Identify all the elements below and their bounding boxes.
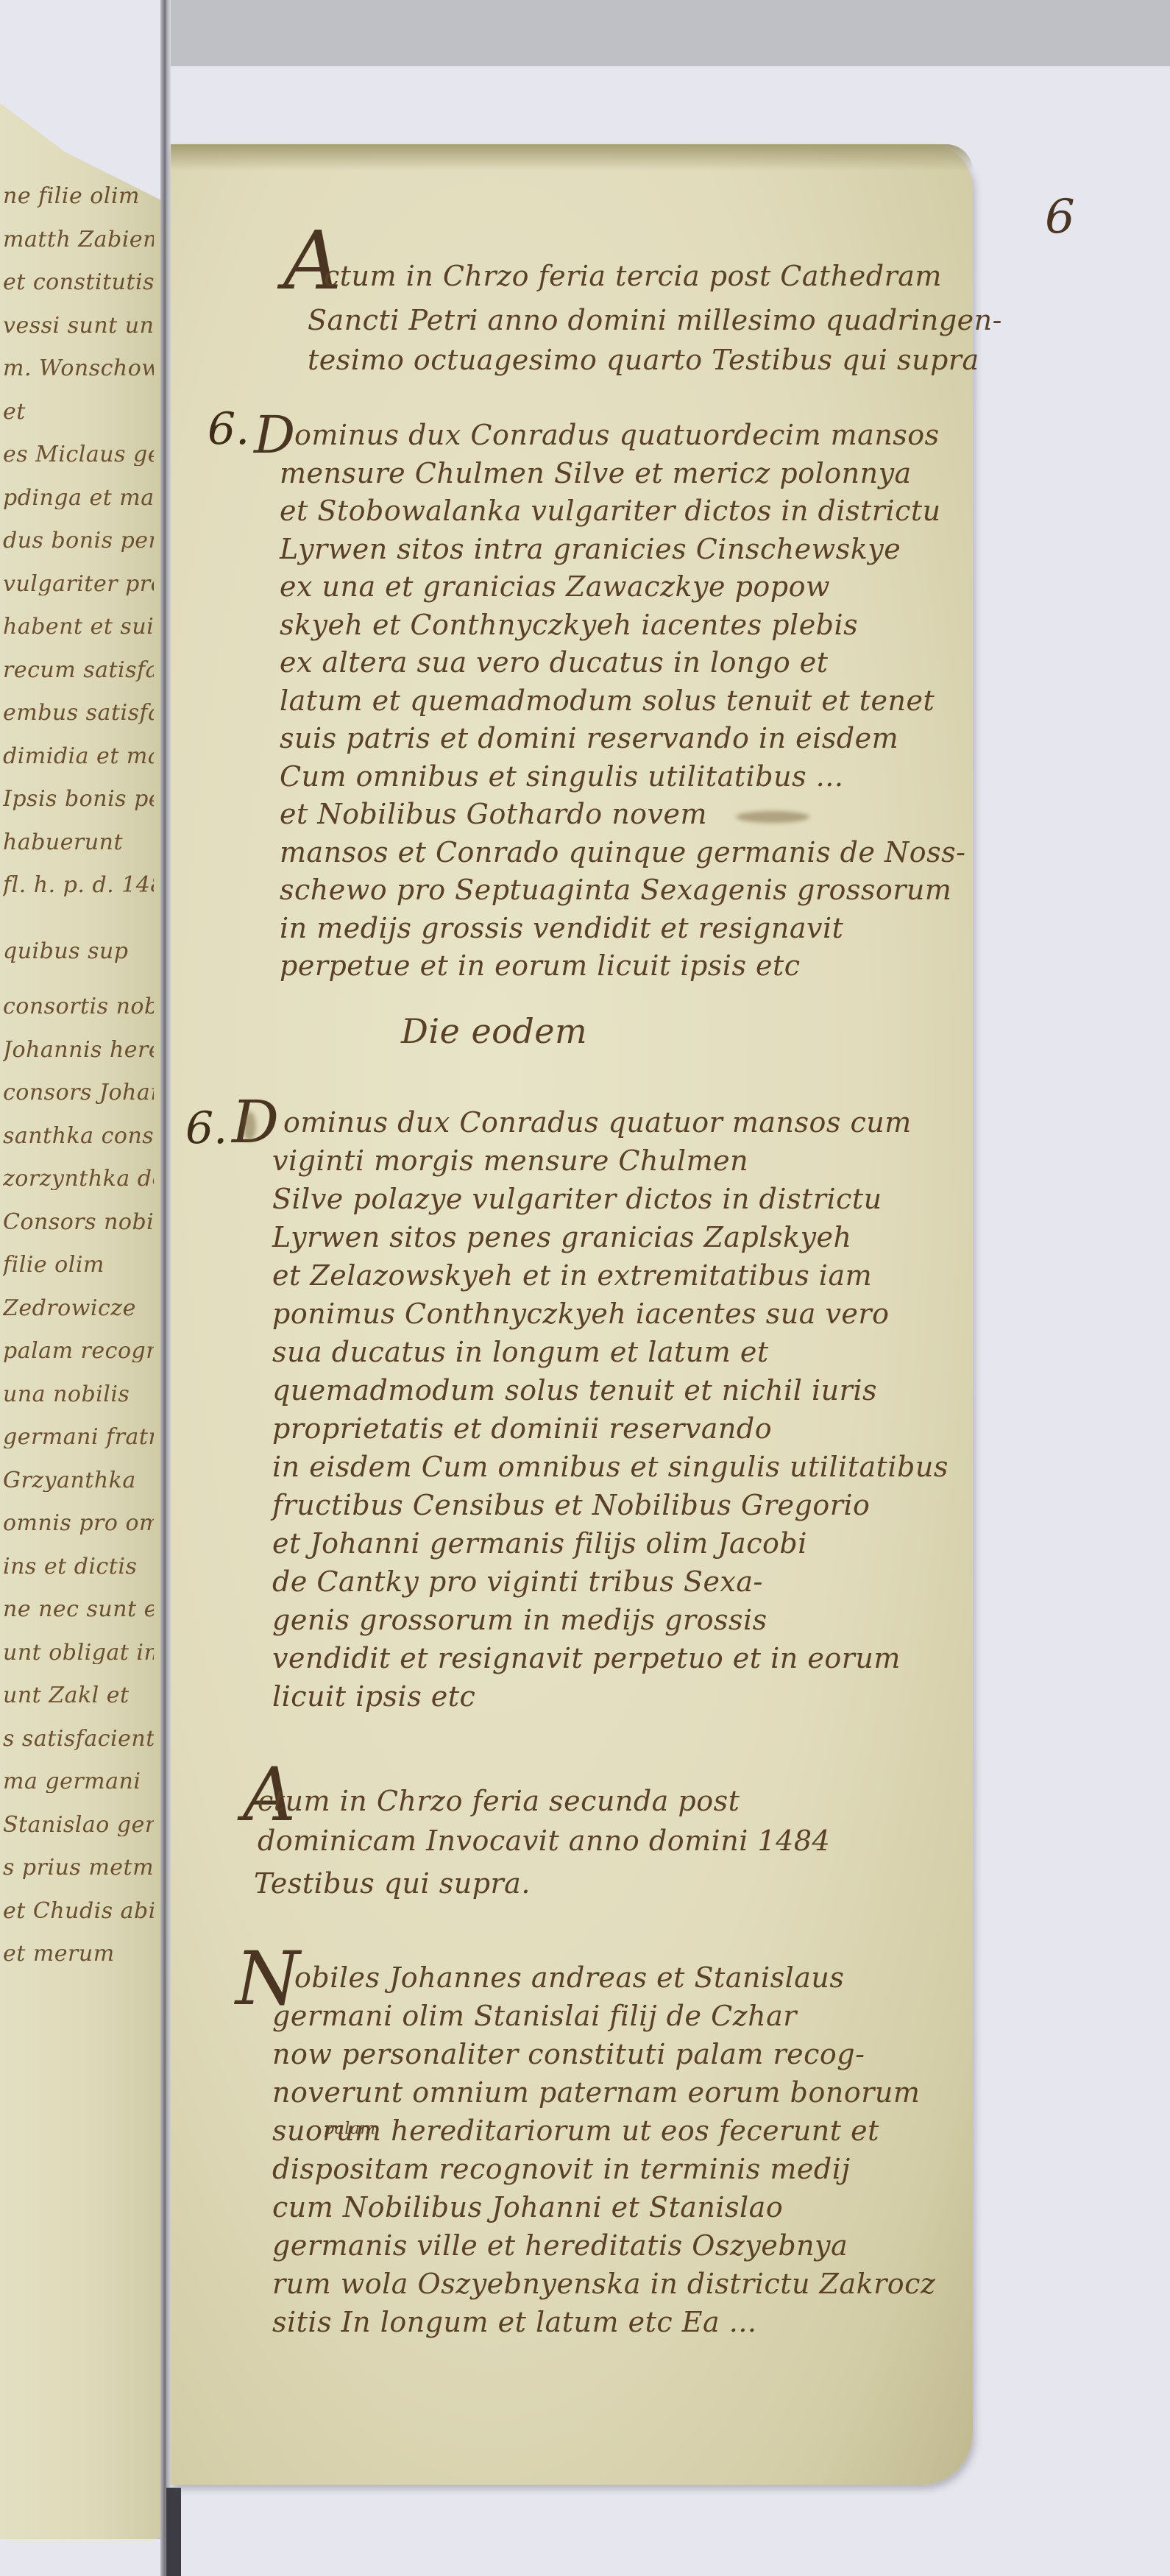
left-page-line: Zedrowicze (3, 1298, 136, 1320)
left-page-line: filie olim (3, 1254, 104, 1276)
left-page-line: dimidia et mar (3, 746, 154, 768)
entry-line: et Johanni germanis filijs olim Jacobi (272, 1529, 807, 1557)
marginal-numeral: 6. (208, 403, 249, 455)
left-page-line: et Chudis abi (3, 1900, 154, 1922)
entry-line: ex una et granicias Zawaczkye popow (280, 573, 830, 601)
left-page-line: recum satisfactum (3, 659, 154, 682)
left-page-line: quibus sup (3, 941, 129, 963)
entry-line: schewo pro Septuaginta Sexagenis grossor… (280, 876, 951, 904)
left-page-line: et constitutis palam (3, 272, 154, 294)
left-page-line: Stanislao germani (3, 1814, 154, 1836)
left-page-line: pdinga et marthe (3, 487, 154, 509)
left-page-line: s satisfacientis (3, 1728, 154, 1750)
left-page-line: s prius metm (3, 1857, 154, 1879)
left-page-line: et (3, 401, 26, 423)
book-gutter (160, 0, 171, 2576)
entry-line: mensure Chulmen Silve et mericz polonnya (280, 459, 912, 487)
entry-line: in medijs grossis vendidit et resignavit (280, 914, 843, 942)
entry-line: Lyrwen sitos intra granicies Cinschewsky… (280, 535, 901, 563)
decorated-initial: D (254, 405, 295, 465)
stain (243, 1111, 256, 1141)
entry-line: now personaliter constituti palam recog- (272, 2040, 865, 2068)
entry-line: rum wola Oszyebnyenska in districtu Zakr… (272, 2270, 935, 2298)
left-page-line: Ipsis bonis perm (3, 788, 154, 810)
entry-line: obiles Johannes andreas et Stanislaus (294, 1964, 844, 1992)
entry-line: ctum in Chrzo feria secunda post (258, 1787, 740, 1815)
left-page-line: Grzyanthka (3, 1470, 136, 1492)
entry-line: germanis ville et hereditatis Oszyebnya (272, 2232, 848, 2260)
entry-line: Silve polazye vulgariter dictos in distr… (272, 1185, 882, 1213)
backdrop-top-shade (171, 0, 1170, 66)
left-page (0, 103, 162, 2539)
left-page-line: habuerunt (3, 832, 123, 854)
entry-line: ominus dux Conradus quatuordecim mansos (294, 421, 940, 449)
left-page-line: ma germani (3, 1771, 141, 1793)
entry-line: ominus dux Conradus quatuor mansos cum (283, 1108, 912, 1136)
left-page-line: habent et suis (3, 616, 154, 638)
entry-line: fructibus Censibus et Nobilibus Gregorio (272, 1491, 870, 1519)
left-page-line: unt Zakl et (3, 1685, 130, 1707)
left-page-line: ne nec sunt et (3, 1599, 154, 1621)
left-page-line: et merum (3, 1943, 115, 1965)
left-page-line: ne filie olim (3, 185, 140, 208)
entry-line: sitis In longum et latum etc Ea ... (272, 2308, 756, 2336)
entry-line: suis patris et domini reservando in eisd… (280, 724, 898, 752)
left-page-line: palam recognov (3, 1340, 154, 1362)
entry-line: et Stobowalanka vulgariter dictos in dis… (280, 497, 941, 525)
interlinear-note: palam (324, 2121, 376, 2137)
gutter-shadow (166, 2488, 181, 2576)
entry-line: noverunt omnium paternam eorum bonorum (272, 2078, 920, 2106)
entry-line: Cum omnibus et singulis utilitatibus ... (280, 762, 843, 790)
left-page-line: unt obligat in (3, 1642, 154, 1664)
entry-line: de Cantky pro viginti tribus Sexa- (272, 1568, 763, 1596)
entry-line: viginti morgis mensure Chulmen (272, 1147, 748, 1175)
entry-line: ctum in Chrzo feria tercia post Cathedra… (324, 262, 942, 290)
entry-line: dispositam recognovit in terminis medij (272, 2155, 851, 2183)
left-page-line: es Miclaus germani (3, 444, 154, 466)
entry-line: ponimus Conthnyczkyeh iacentes sua vero (272, 1300, 889, 1328)
folio-number: 6 (1045, 190, 1075, 244)
entry-line: mansos et Conrado quinque germanis de No… (280, 838, 966, 866)
entry-line: quemadmodum solus tenuit et nichil iuris (272, 1376, 877, 1404)
heading-die-eodem: Die eodem (401, 1014, 587, 1048)
entry-line: dominicam Invocavit anno domini 1484 (258, 1827, 830, 1855)
left-page-line: santhka consors (3, 1125, 154, 1147)
left-page-line: consors Johannis (3, 1082, 154, 1104)
entry-line: in eisdem Cum omnibus et singulis utilit… (272, 1453, 949, 1481)
entry-line: vendidit et resignavit perpetuo et in eo… (272, 1644, 901, 1672)
left-page-line: dus bonis perm (3, 530, 154, 552)
entry-line: et Nobilibus Gothardo novem (280, 800, 707, 828)
entry-line: Testibus qui supra. (254, 1869, 531, 1897)
entry-line: latum et quemadmodum solus tenuit et ten… (280, 687, 935, 715)
left-page-line: vulgariter pressen (3, 573, 154, 595)
entry-line: tesimo octuagesimo quarto Testibus qui s… (308, 346, 979, 374)
entry-line: cum Nobilibus Johanni et Stanislao (272, 2193, 783, 2221)
entry-line: ex altera sua vero ducatus in longo et (280, 648, 829, 676)
left-page-line: zorzynthka de (3, 1168, 154, 1190)
entry-line: germani olim Stanislai filij de Czhar (272, 2002, 797, 2030)
left-page-line: m. Wonschowien (3, 358, 154, 380)
entry-line: skyeh et Conthnyczkyeh iacentes plebis (280, 611, 858, 639)
left-page-line: Consors nobilis (3, 1211, 154, 1234)
left-page-line: vessi sunt una (3, 315, 154, 337)
entry-line: Lyrwen sitos penes granicias Zaplskyeh (272, 1223, 851, 1251)
entry-line: et Zelazowskyeh et in extremitatibus iam (272, 1262, 872, 1289)
left-page-line: matth Zabiem (3, 229, 154, 251)
entry-line: proprietatis et dominii reservando (272, 1415, 772, 1443)
left-page-line: embus satisfamo (3, 702, 154, 724)
left-page-line: una nobilis (3, 1384, 130, 1406)
left-page-line: omnis pro omnibus (3, 1512, 154, 1535)
entry-line: genis grossorum in medijs grossis (272, 1606, 767, 1634)
left-page-line: germani fratris (3, 1426, 154, 1448)
left-page-line: fl. h. p. d. 1484 (3, 874, 154, 896)
entry-line: perpetue et in eorum licuit ipsis etc (280, 952, 801, 980)
left-page-line: Johannis heres de (3, 1039, 154, 1061)
left-page-line: ins et dictis (3, 1556, 137, 1578)
marginal-numeral: 6. (185, 1103, 227, 1154)
entry-line: licuit ipsis etc (272, 1682, 475, 1710)
entry-line: Sancti Petri anno domini millesimo quadr… (308, 306, 1002, 334)
left-page-line: consortis nobilium (3, 996, 154, 1018)
stain (736, 811, 809, 823)
entry-line: sua ducatus in longum et latum et (272, 1338, 769, 1366)
